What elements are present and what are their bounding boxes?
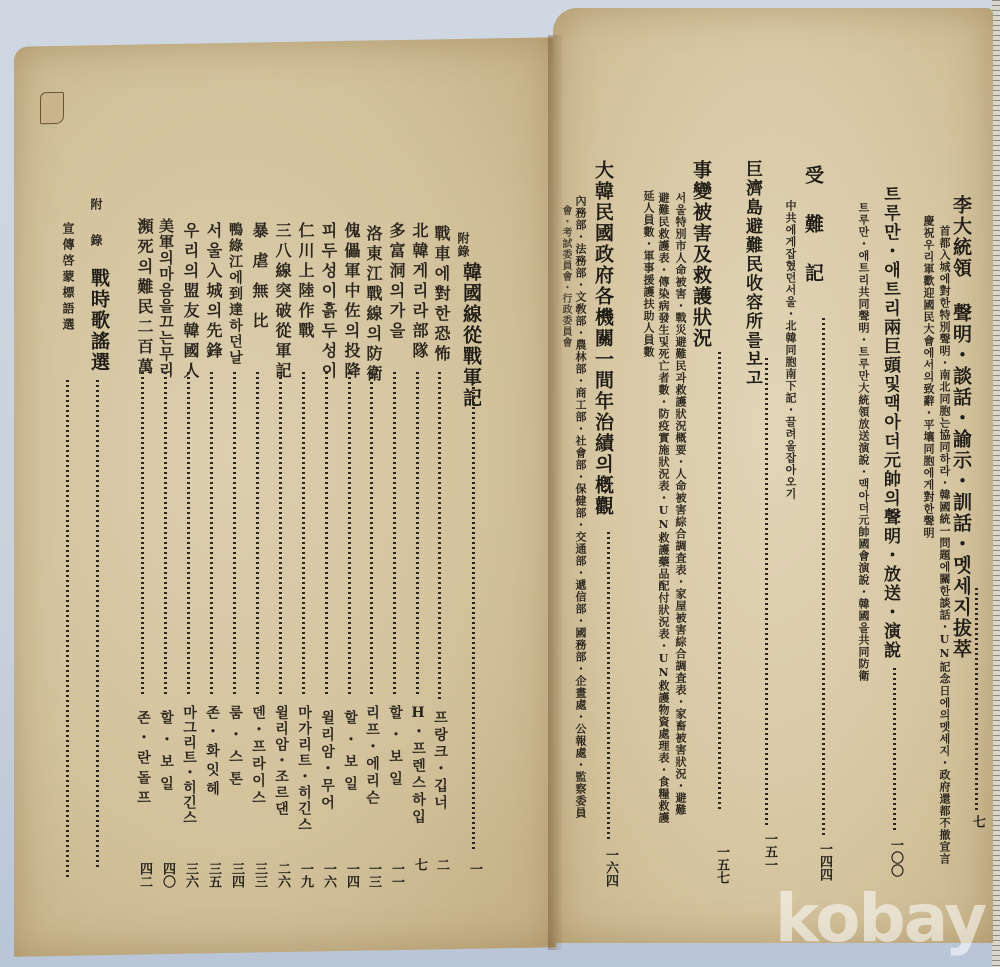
- toc-entry-title: 피두성이흙두성이: [317, 222, 340, 382]
- page-number: 一一: [387, 862, 406, 888]
- page-number: 二: [432, 858, 451, 871]
- toc-entry-subtitle: 會・考試委員會・行政委員會: [558, 205, 573, 348]
- page-number: 三四: [227, 862, 246, 888]
- toc-entry-title: 鴨綠江에到達하던날: [225, 222, 245, 366]
- page-number: 一: [465, 862, 484, 875]
- toc-entry-author: 룸・스톤: [225, 705, 245, 793]
- leader-dots: [279, 372, 282, 697]
- toc-entry-title: 서울入城의先鋒: [202, 222, 225, 362]
- leader-dots: [416, 372, 419, 697]
- toc-entry-title: 트루만・애트리兩巨頭및맥아더元帥의聲明・放送・演說: [878, 185, 903, 660]
- page-number: 三六: [181, 862, 200, 888]
- toc-entry-title: 傀儡軍中佐의投降: [340, 222, 363, 382]
- leader-dots: [438, 372, 441, 702]
- toc-entry-author: 존・화잇헤: [202, 705, 222, 800]
- toc-entry-author: 할・보일: [385, 705, 405, 793]
- toc-entry-author: 마가리트・히긴스: [294, 705, 314, 833]
- toc-entry-subtitle: 서울特別市人命被害・戰災避難民과救護狀況概要・人命被害綜合調査表・家屋被害綜合調…: [672, 192, 688, 816]
- toc-entry-title: 우리의盟友韓國人: [179, 222, 202, 382]
- toc-entry-title: 戰車에對한恐怖: [430, 225, 453, 365]
- measuring-ruler: [992, 0, 1000, 967]
- toc-entry-author: 프랑크・깁너: [430, 710, 450, 812]
- toc-entry-subtitle: 避難民救護表・傳染病發生및死亡者數・防疫實施狀況表・UN救護藥品配付狀況表・UN…: [655, 192, 671, 824]
- leader-dots: [348, 372, 351, 697]
- page-number: 一九: [296, 862, 315, 888]
- page-number: 一四四: [815, 842, 834, 881]
- page-number: 一五七: [712, 845, 731, 884]
- leader-dots: [822, 318, 825, 838]
- toc-entry-subtitle: 慶祝우리軍歡迎國民大會에서의致辭・平壤同胞에게對한聲明: [920, 215, 936, 539]
- toc-entry-author: 존・란돌프: [133, 710, 153, 810]
- leader-dots: [393, 372, 396, 697]
- appendix-title: 戰時歌謠選: [86, 268, 113, 373]
- toc-entry-author: 리프・에리슨: [362, 705, 382, 807]
- leader-dots: [302, 372, 305, 697]
- toc-entry-title: 瀕死의難民二百萬: [133, 218, 156, 378]
- toc-entry-author: 할・보일: [340, 710, 360, 798]
- torn-corner: [40, 92, 64, 124]
- toc-entry-title: 美軍의마음을끄는무리: [156, 218, 177, 378]
- toc-entry-title: 洛東江戰線의防衛: [362, 225, 385, 385]
- leader-dots: [370, 372, 373, 697]
- toc-entry-subtitle: 中共에게잡혔던서울・北韓同胞南下記・끌려올잡아오기: [782, 200, 798, 500]
- page-number: 七: [410, 858, 429, 871]
- toc-entry-author: 덴・프라이스: [248, 705, 268, 807]
- leader-dots: [187, 372, 190, 697]
- watermark-logo: kobay: [775, 880, 985, 957]
- page-number: 一五一: [760, 832, 779, 871]
- toc-entry-title: 大韓民國政府各機關一間年治績의槪觀: [590, 160, 617, 517]
- toc-entry-subtitle: 延人員數・軍事援護扶助人員數: [640, 190, 656, 358]
- leader-dots: [210, 372, 213, 697]
- toc-entry-title: 巨濟島避難民收容所를보고: [740, 160, 765, 388]
- leader-dots: [765, 358, 768, 828]
- page-number: 一六: [319, 862, 338, 888]
- page-number: 三三: [250, 862, 269, 888]
- page-number: 一〇〇: [886, 838, 905, 877]
- book-gutter: [548, 35, 562, 950]
- page-number: 四二: [135, 862, 154, 888]
- page-number: 一四: [342, 862, 361, 888]
- toc-entry-title: 三八線突破從軍記: [271, 222, 294, 382]
- page-number: 二六: [273, 862, 292, 888]
- leader-dots: [975, 588, 978, 810]
- leader-dots: [164, 372, 167, 697]
- leader-dots: [325, 372, 328, 697]
- section-label: 附錄: [455, 232, 472, 258]
- toc-entry-title: 仁川上陸作戰: [294, 222, 317, 342]
- toc-entry-title: 北韓게리라部隊: [408, 222, 431, 362]
- toc-entry-subtitle: 首都入城에對한特別聲明・南北同胞는協同하라・韓國統一問題에關한談話・UN記念日에…: [936, 225, 952, 865]
- page-number: 一六四: [601, 848, 620, 887]
- toc-entry-author: 마그리트・히긴스: [179, 705, 199, 825]
- toc-entry-author: 윌리암・무어: [317, 710, 337, 812]
- appendix-label: 附錄: [88, 198, 105, 270]
- toc-entry-title: 李大統領 聲明・談話・諭示・訓話・멧세지拔萃: [948, 195, 975, 660]
- leader-dots: [893, 668, 896, 833]
- leader-dots: [66, 380, 69, 880]
- toc-entry-title: 事變被害及救護狀況: [688, 160, 715, 349]
- leader-dots: [718, 352, 721, 812]
- toc-entry-subtitle: 트루만・애트리共同聲明・트루만大統領放送演說・맥아더元帥國會演說・韓國을共同防衛: [855, 202, 871, 682]
- leader-dots: [472, 382, 475, 852]
- leader-dots: [607, 532, 610, 842]
- page-number: 三五: [204, 862, 223, 888]
- toc-entry-title: 受難記: [800, 165, 827, 312]
- toc-entry-title: 暴虐無比: [248, 222, 271, 342]
- leader-dots: [233, 372, 236, 697]
- leader-dots: [96, 380, 99, 870]
- toc-entry-author: H・프렌스하입: [408, 705, 428, 826]
- page-number: 四〇: [158, 862, 177, 888]
- appendix-item: 宣傳啓蒙標語選: [60, 222, 77, 334]
- leader-dots: [141, 372, 144, 697]
- toc-entry-subtitle: 內務部・法務部・文敎部・農林部・商工部・社會部・保健部・交通部・遞信部・國務部・…: [572, 195, 588, 819]
- page-number: 七: [968, 815, 987, 828]
- page-number: 一三: [364, 862, 383, 888]
- toc-entry-author: 할・보일: [156, 710, 176, 798]
- leader-dots: [256, 372, 259, 697]
- toc-entry-title: 多富洞의가을: [385, 222, 408, 342]
- toc-entry-author: 윌리암・조르댄: [271, 705, 291, 817]
